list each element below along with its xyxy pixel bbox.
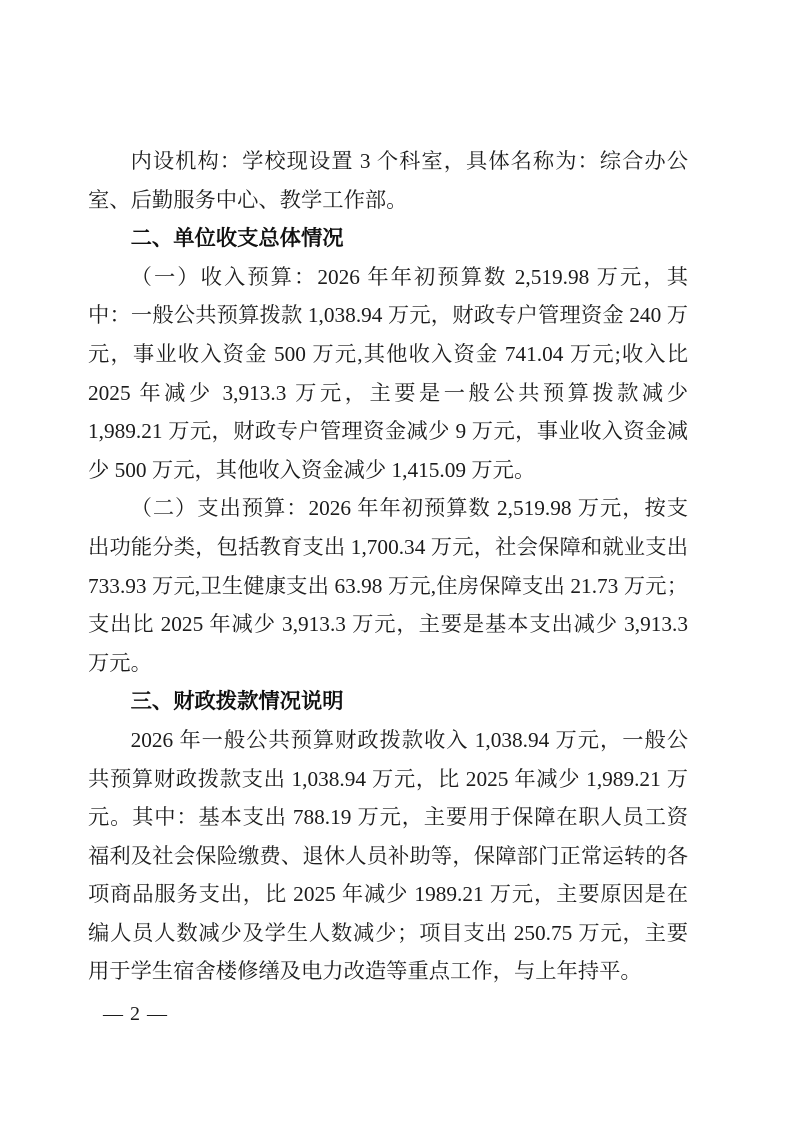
document-page: 内设机构：学校现设置 3 个科室，具体名称为：综合办公室、后勤服务中心、教学工作… — [0, 0, 793, 1122]
paragraph-fiscal-appropriation-details: 2026 年一般公共预算财政拨款收入 1,038.94 万元，一般公共预算财政拨… — [88, 721, 688, 991]
heading-section-3-fiscal-appropriation: 三、财政拨款情况说明 — [88, 682, 688, 721]
paragraph-internal-structure: 内设机构：学校现设置 3 个科室，具体名称为：综合办公室、后勤服务中心、教学工作… — [88, 142, 688, 219]
heading-section-2-revenue-expenditure-overview: 二、单位收支总体情况 — [88, 219, 688, 258]
paragraph-income-budget: （一）收入预算：2026 年年初预算数 2,519.98 万元，其中：一般公共预… — [88, 258, 688, 490]
paragraph-expenditure-budget: （二）支出预算：2026 年年初预算数 2,519.98 万元，按支出功能分类，… — [88, 489, 688, 682]
page-number: — 2 — — [103, 1000, 168, 1028]
document-body: 内设机构：学校现设置 3 个科室，具体名称为：综合办公室、后勤服务中心、教学工作… — [88, 142, 688, 991]
